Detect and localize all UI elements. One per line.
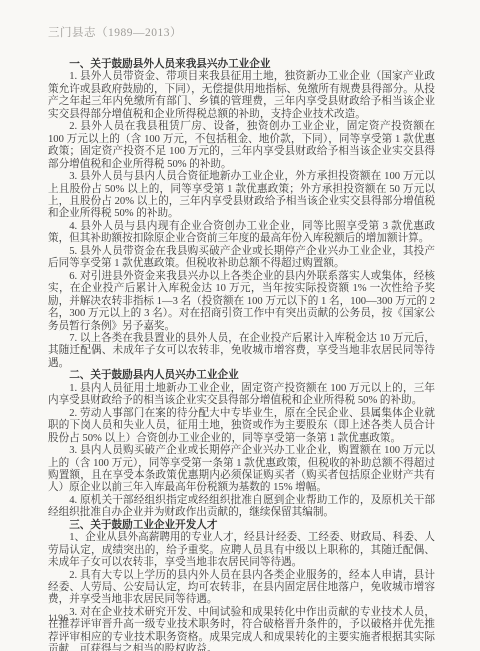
paragraph: 1. 县外人员带资金、带项目来我县征用土地，独资新办工业企业（国家产业政策允许或… [48, 71, 435, 121]
paragraph: 2. 具有大专以上学历的县内外人员在县内各类企业服务的，经本人申请，县计经委、人… [48, 570, 435, 607]
paragraph: 3. 对在企业技术研究开发、中间试验和成果转化中作出贡献的专业技术人员，在推荐评… [48, 607, 435, 651]
paragraph: 6. 对引进县外资金来我县兴办以上各类企业的县内外联系落实人或集体，经核实，在企… [48, 271, 435, 333]
page-number: 1196 [48, 614, 69, 624]
paragraph: 4. 县外人员与县内现有企业合资创办工业企业，同等比照享受第 3 款优惠政策，但… [48, 221, 435, 246]
book-page: 三门县志（1989—2013） 一、关于鼓励县外人员来我县兴办工业企业 1. 县… [0, 0, 480, 651]
section-incentives-inside-county: 二、关于鼓励县内人员兴办工业企业 1. 县内人员征用土地新办工业企业，固定资产投… [48, 370, 435, 519]
section-heading: 二、关于鼓励县内人员兴办工业企业 [48, 370, 435, 382]
paragraph: 2. 劳动人事部门在案的待分配大中专毕业生，原在全民企业、县属集体企业就职的下岗… [48, 408, 435, 445]
section-talent-development: 三、关于鼓励工业企业开发人才 1、企业从县外高薪聘用的专业人才，经县计经委、工经… [48, 520, 435, 651]
paragraph: 5. 县外人员带资金在我县购买破产企业或长期停产企业兴办工业企业，其投产后同等享… [48, 246, 435, 271]
section-heading: 一、关于鼓励县外人员来我县兴办工业企业 [48, 59, 435, 71]
section-heading: 三、关于鼓励工业企业开发人才 [48, 520, 435, 532]
paragraph: 4. 原机关干部经组织指定或经组织批准自愿到企业帮助工作的，及原机关干部经组织批… [48, 495, 435, 520]
section-incentives-outside-county: 一、关于鼓励县外人员来我县兴办工业企业 1. 县外人员带资金、带项目来我县征用土… [48, 59, 435, 370]
paragraph: 7. 以上各类在我县置业的县外人员，在企业投产后累计入库税金达 10 万元后，其… [48, 333, 435, 370]
paragraph: 3. 县外人员与县内人员合资征地新办工业企业，外方承担投资额在 100 万元以上… [48, 171, 435, 221]
paragraph: 3. 县内人员购买破产企业或长期停产企业兴办工业企业，购置额在 100 万元以上… [48, 445, 435, 495]
paragraph: 2. 县外人员在我县租赁厂房、设备，独资创办工业企业，固定资产投资额在 100 … [48, 121, 435, 171]
running-head: 三门县志（1989—2013） [48, 24, 182, 40]
paragraph: 1. 县内人员征用土地新办工业企业，固定资产投资额在 100 万元以上的，三年内… [48, 383, 435, 408]
page-content: 一、关于鼓励县外人员来我县兴办工业企业 1. 县外人员带资金、带项目来我县征用土… [48, 59, 435, 651]
paragraph: 1、企业从县外高薪聘用的专业人才，经县计经委、工经委、财政局、科委、人劳局认定，… [48, 532, 435, 569]
